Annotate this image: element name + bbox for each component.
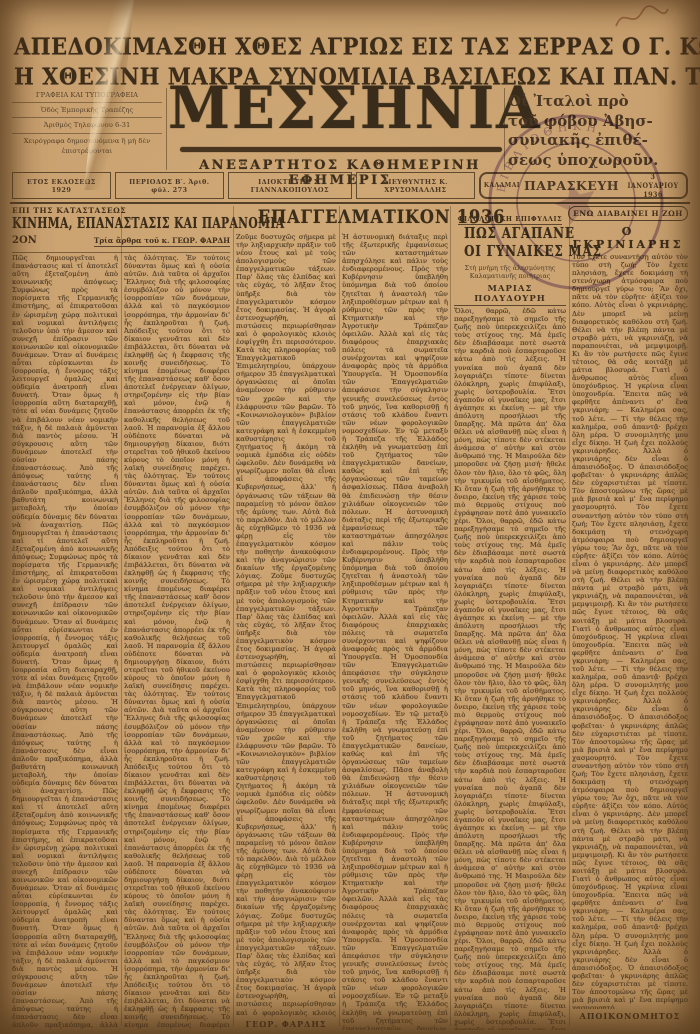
period-issue-box: ΠΕΡΙΟΔΟΣ Β′. Ἀριθ. φύλ. 273 [115, 172, 224, 199]
dateline-row: ΕΤΟΣ ΕΚΔΟΣΕΩΣ 1929 ΠΕΡΙΟΔΟΣ Β′. Ἀριθ. φύ… [12, 172, 688, 199]
director-box: ΔΙΕΥΘΥΝΤΗΣ Κ. ΧΡΥΣΟΜΑΛΛΗΣ [356, 172, 475, 199]
newspaper-title: ΜΕΣΣΗΝΙΑ [168, 74, 512, 143]
column-4: Ἡ ἀστυνομικὴ διάταξις περὶ τῆς ἐξωτερικῆ… [342, 206, 448, 1030]
article-movement-text-col2: τὰς ὁλότητας. Ἐν τούτοις δύνανται ὅμως κ… [124, 254, 230, 1030]
masthead-divider-left [166, 88, 167, 170]
column-divider [121, 206, 122, 1026]
city-label: ΚΑΛΑΜΑΙ [484, 182, 520, 189]
article-grouch-signature: ΑΠΟΙΚΟΝΟΜΗΤΟΣ [572, 1009, 688, 1022]
article-women-text: Ὅλοι, θαρρῶ, ἐδῶ κάτω παρεξηγήσαμε τὸ ση… [454, 307, 566, 1030]
article-grouch-text: Τὸν ἔχετε συναντήσῃ αὐτὸν τὸν τύπο στὴ ζ… [572, 253, 688, 1009]
date-label: 3 ΙΑΝΟΥΑΡΙΟΥ 1936 [628, 172, 679, 199]
dateline-rule [10, 202, 690, 204]
masthead-side-note: Οἱ Ἰταλοὶ πρὸ τοῦ φόβου Ἀβησ- συνιακῆς ἐ… [508, 92, 690, 170]
column-divider [450, 206, 451, 1026]
article-movement-text-col1: Πῶς δημιουργεῖται ἡ ἐπανάστασις καὶ τί ἀ… [12, 254, 118, 1030]
owner-box: ΙΔΙΟΚΤΗΤΗΣ Σ. ΓΙΑΝΝΑΚΟΠΟΥΛΟΣ [228, 172, 352, 199]
article-professional-text-col1: Ζοῦμε δυστυχῶς σήμερα μὲ τὴν ληξιαρχικὴν… [236, 233, 336, 1017]
side-note-line: σεως ὑποχωροῦν. [508, 151, 690, 171]
column-3: Ζοῦμε δυστυχῶς σήμερα μὲ τὴν ληξιαρχικὴν… [236, 206, 336, 1030]
column-6: Τὸν ἔχετε συναντήσῃ αὐτὸν τὸν τύπο στὴ ζ… [572, 206, 688, 1030]
side-note-line: συνιακῆς ἐπιθέ- [508, 131, 690, 151]
article-professional-signature: ΓΕΩΡ. ΦΑΡΔΗΣ [236, 1017, 336, 1030]
article-columns: ΕΠΙ ΤΗΣ ΚΑΤΑΣΤΑΣΕΩΣ ΚΙΝΗΜΑ, ΕΠΑΝΑΣΤΑΣΙΣ … [12, 206, 688, 1030]
newspaper-scan-page: { "page": { "paper_color": "#c89f6e", "i… [0, 0, 700, 1034]
column-divider [233, 206, 234, 1026]
column-1: Πῶς δημιουργεῖται ἡ ἐπανάστασις καὶ τί ἀ… [12, 206, 118, 1030]
office-line: Χειρόγραφα δημοσιευόμενα ἢ μὴ δὲν ἐπιστρ… [12, 134, 162, 158]
side-note-line: Οἱ Ἰταλοὶ πρὸ [508, 92, 690, 112]
title-rule [180, 147, 502, 152]
office-line: Ὁδὸς Ἐμπορικῆς Τραπέζης [12, 103, 162, 118]
column-5: Ὅλοι, θαρρῶ, ἐδῶ κάτω παρεξηγήσαμε τὸ ση… [454, 206, 566, 1030]
column-2: τὰς ὁλότητας. Ἐν τούτοις δύνανται ὅμως κ… [124, 206, 230, 1030]
banner-headline-1: ΑΠΕΔΟΚΙΜΑΣΘΗ ΧΘΕΣ ΑΓΡΙΩΣ ΕΙΣ ΤΑΣ ΣΕΡΡΑΣ … [14, 32, 686, 60]
handwritten-mark [610, 4, 672, 34]
office-info-box: ΓΡΑΦΕΙΑ ΚΑΙ ΤΥΠΟΓΡΑΦΕΙΑ Ὁδὸς Ἐμπορικῆς Τ… [12, 88, 162, 168]
office-line: Ἀριθμὸς Τηλεφώνου 6-31 [12, 118, 162, 133]
column-divider [569, 206, 570, 1026]
year-of-publication-box: ΕΤΟΣ ΕΚΔΟΣΕΩΣ 1929 [12, 172, 111, 199]
date-box: ΚΑΛΑΜΑΙ ΠΑΡΑΣΚΕΥΗ 3 ΙΑΝΟΥΑΡΙΟΥ 1936 [479, 172, 688, 199]
column-divider [339, 206, 340, 1026]
side-note-line: τοῦ φόβου Ἀβησ- [508, 112, 690, 132]
office-line: ΓΡΑΦΕΙΑ ΚΑΙ ΤΥΠΟΓΡΑΦΕΙΑ [12, 88, 162, 103]
article-professional-text-col2: Ἡ ἀστυνομικὴ διάταξις περὶ τῆς ἐξωτερικῆ… [342, 233, 448, 1030]
weekday-label: ΠΑΡΑΣΚΕΥΗ [524, 178, 619, 193]
